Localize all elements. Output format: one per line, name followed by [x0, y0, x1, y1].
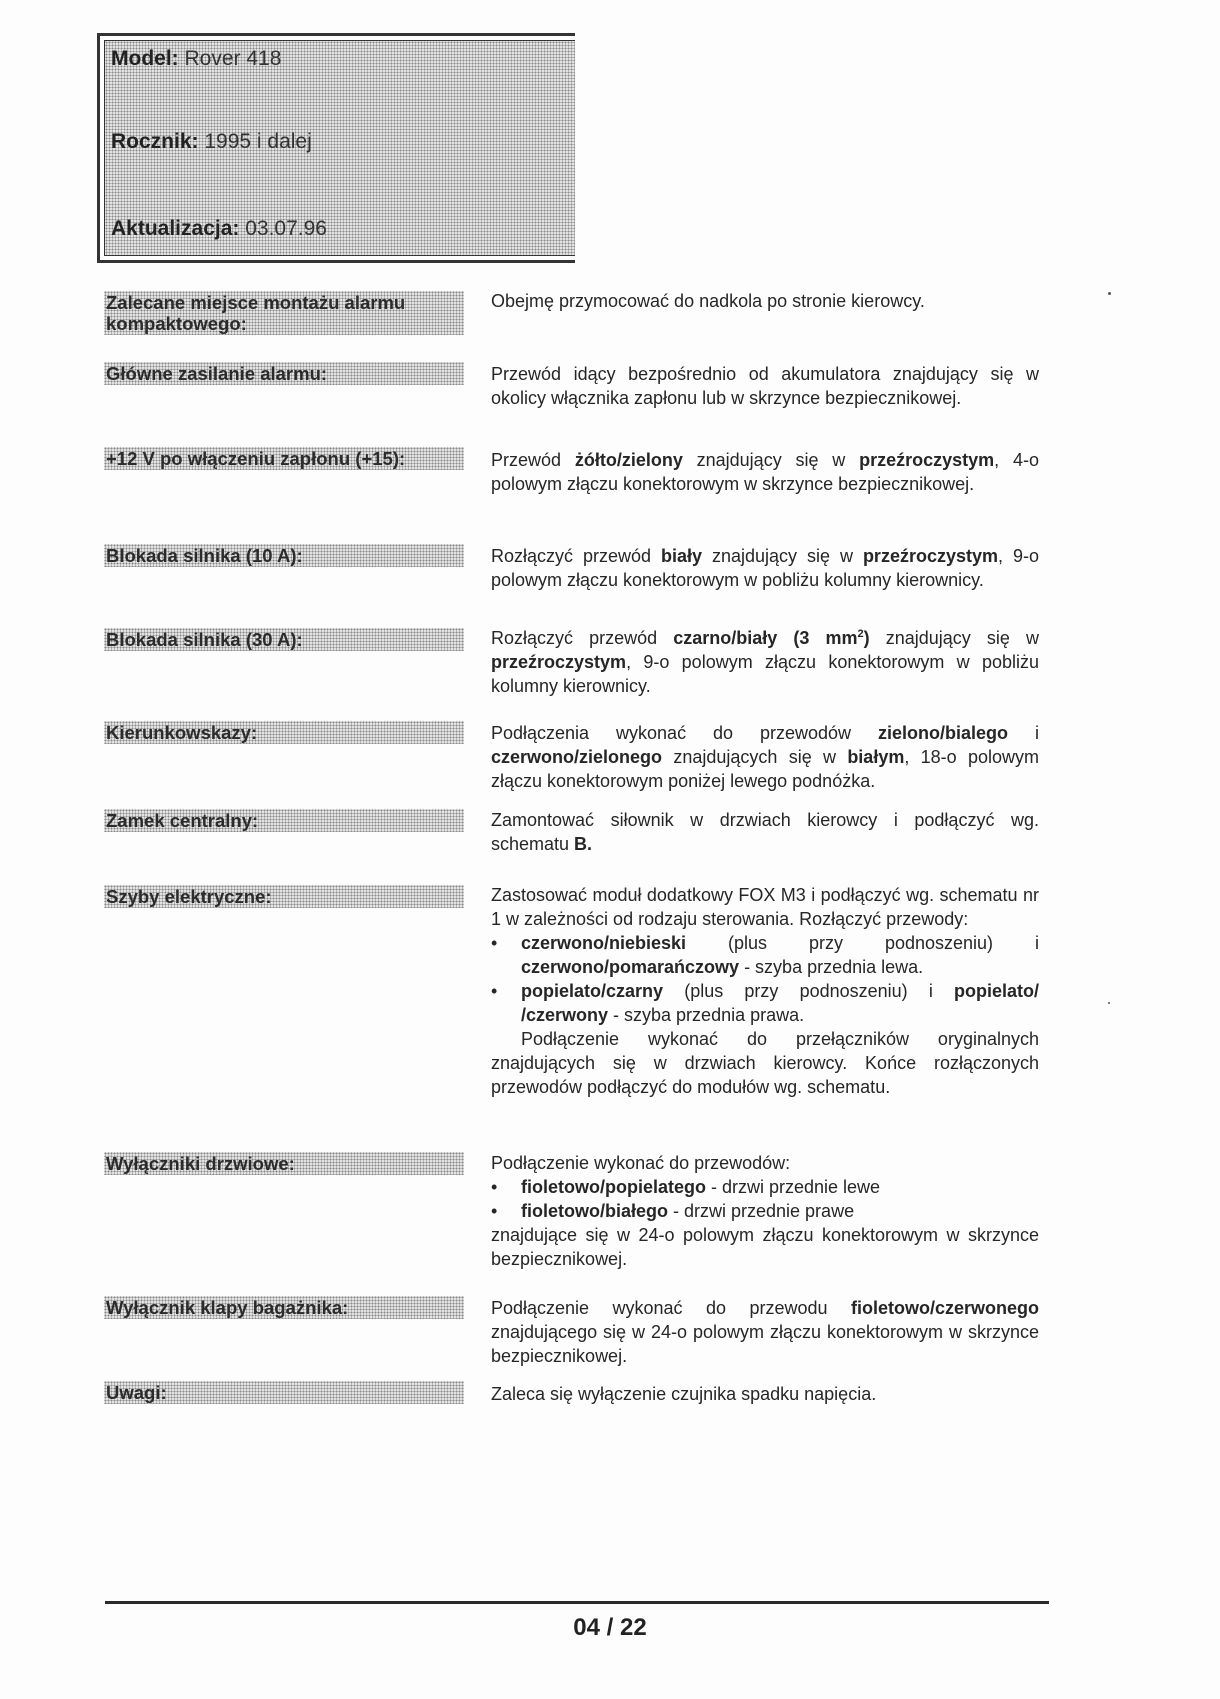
text-run: (plus przy podnoszeniu) i — [686, 933, 1039, 953]
wire-color-emphasis: czerwono/niebieski — [521, 933, 686, 953]
update-value: 03.07.96 — [245, 217, 327, 240]
row-label-turn-signals: Kierunkowskazy: — [104, 721, 464, 744]
year-line: Rocznik: 1995 i dalej — [111, 130, 312, 154]
row-label-mounting-location: Zalecane miejsce montażu alarmu kompakto… — [104, 291, 464, 335]
wire-color-emphasis: fioletowo/popielatego — [521, 1177, 706, 1197]
text-run: znajdujący się w — [683, 450, 859, 470]
row-label-immobilizer-10a: Blokada silnika (10 A): — [104, 544, 464, 567]
text-run: - drzwi przednie prawe — [668, 1201, 854, 1221]
row-text-trunk-switch: Podłączenie wykonać do przewodu fioletow… — [491, 1296, 1039, 1368]
row-label-central-lock: Zamek centralny: — [104, 809, 464, 832]
wire-color-emphasis: zielono/bialego — [878, 723, 1008, 743]
row-text-central-lock: Zamontować siłownik w drzwiach kierowcy … — [491, 808, 1039, 856]
text-run: - szyba przednia prawa. — [608, 1005, 804, 1025]
wire-color-emphasis: fioletowo/czerwonego — [851, 1298, 1039, 1318]
text-run: i — [1008, 723, 1039, 743]
row-label-power-windows: Szyby elektryczne: — [104, 885, 464, 908]
wire-list: fioletowo/popielatego - drzwi przednie l… — [491, 1175, 1039, 1223]
model-value: Rover 418 — [185, 47, 282, 70]
scan-speck — [1108, 1002, 1110, 1004]
row-label-trunk-switch: Wyłącznik klapy bagażnika: — [104, 1296, 464, 1319]
list-intro: Zastosować moduł dodatkowy FOX M3 i podł… — [491, 883, 1039, 931]
wire-color-emphasis: popielato/czarny — [521, 981, 663, 1001]
wire-list: czerwono/niebieski (plus przy podnoszeni… — [491, 931, 1039, 1027]
wire-color-emphasis: żółto/zielony — [575, 450, 683, 470]
page-number: 04 / 22 — [0, 1614, 1220, 1642]
row-text-ignition-power: Przewód żółto/zielony znajdujący się w p… — [491, 448, 1039, 496]
wire-color-emphasis: B. — [574, 834, 592, 854]
text-run: Przewód — [491, 450, 575, 470]
row-text-notes: Zaleca się wyłączenie czujnika spadku na… — [491, 1382, 1039, 1406]
update-line: Aktualizacja: 03.07.96 — [111, 217, 327, 241]
row-label-door-switches: Wyłączniki drzwiowe: — [104, 1152, 464, 1175]
list-item: fioletowo/białego - drzwi przednie prawe — [491, 1199, 1039, 1223]
wire-color-emphasis: czarno/biały (3 mm2) — [673, 628, 869, 648]
row-text-door-switches: Podłączenie wykonać do przewodów:fioleto… — [491, 1151, 1039, 1271]
row-text-main-power: Przewód idący bezpośrednio od akumulator… — [491, 362, 1039, 410]
row-label-immobilizer-30a: Blokada silnika (30 A): — [104, 628, 464, 651]
text-run: znajdujących się w — [662, 747, 847, 767]
header-info-panel: Model: Rover 418 Rocznik: 1995 i dalej A… — [104, 40, 575, 256]
model-line: Model: Rover 418 — [111, 47, 281, 71]
row-label-ignition-power: +12 V po włączeniu zapłonu (+15): — [104, 447, 464, 470]
text-run: Rozłączyć przewód — [491, 628, 673, 648]
text-run: Podłączenia wykonać do przewodów — [491, 723, 878, 743]
text-run: Podłączenie wykonać do przewodu — [491, 1298, 851, 1318]
update-label: Aktualizacja: — [111, 217, 239, 240]
wire-color-emphasis: białym — [847, 747, 904, 767]
text-run: (plus przy podnoszeniu) i — [663, 981, 954, 1001]
row-label-notes: Uwagi: — [104, 1381, 464, 1404]
text-run: - szyba przednia lewa. — [739, 957, 923, 977]
footer-divider — [105, 1601, 1049, 1604]
wire-color-emphasis: przeźroczystym — [859, 450, 994, 470]
row-text-turn-signals: Podłączenia wykonać do przewodów zielono… — [491, 721, 1039, 793]
wire-color-emphasis: przeźroczystym — [491, 652, 626, 672]
row-text-immobilizer-10a: Rozłączyć przewód biały znajdujący się w… — [491, 544, 1039, 592]
year-value: 1995 i dalej — [204, 130, 311, 153]
text-run: Rozłączyć przewód — [491, 546, 661, 566]
scan-speck — [1108, 292, 1111, 295]
wire-color-emphasis: fioletowo/białego — [521, 1201, 668, 1221]
list-intro: Podłączenie wykonać do przewodów: — [491, 1151, 1039, 1175]
text-run: znajdujący się w — [870, 628, 1039, 648]
year-label: Rocznik: — [111, 130, 199, 153]
row-label-main-power: Główne zasilanie alarmu: — [104, 362, 464, 385]
text-run: znajdującego się w 24-o polowym złączu k… — [491, 1322, 1039, 1366]
wire-color-emphasis: przeźroczystym — [863, 546, 998, 566]
row-text-power-windows: Zastosować moduł dodatkowy FOX M3 i podł… — [491, 883, 1039, 1099]
header-info-box: Model: Rover 418 Rocznik: 1995 i dalej A… — [97, 33, 575, 263]
list-outro: Podłączenie wykonać do przełączników ory… — [491, 1027, 1039, 1099]
text-run: - drzwi przednie lewe — [706, 1177, 880, 1197]
model-label: Model: — [111, 47, 179, 70]
row-text-mounting-location: Obejmę przymocować do nadkola po stronie… — [491, 289, 1039, 313]
wire-color-emphasis: biały — [661, 546, 702, 566]
text-run: znajdujący się w — [702, 546, 863, 566]
list-item: fioletowo/popielatego - drzwi przednie l… — [491, 1175, 1039, 1199]
list-outro: znajdujące się w 24-o polowym złączu kon… — [491, 1223, 1039, 1271]
list-item: czerwono/niebieski (plus przy podnoszeni… — [491, 931, 1039, 979]
row-text-immobilizer-30a: Rozłączyć przewód czarno/biały (3 mm2) z… — [491, 626, 1039, 698]
list-item: popielato/czarny (plus przy podnoszeniu)… — [491, 979, 1039, 1027]
wire-color-emphasis: czerwono/pomarańczowy — [521, 957, 739, 977]
wire-color-emphasis: czerwono/zielonego — [491, 747, 662, 767]
